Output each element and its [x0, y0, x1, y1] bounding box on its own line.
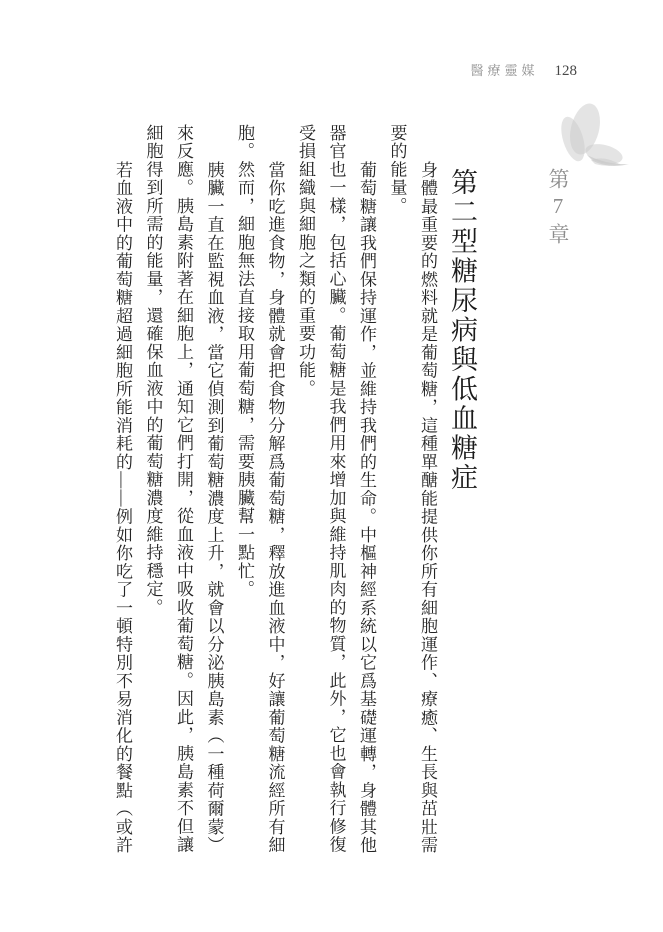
- chapter-number-label: 第7章: [543, 124, 573, 857]
- chapter-title: 第二型糖尿病與低血糖症: [442, 124, 482, 857]
- paragraph: 身體最重要的燃料就是葡萄糖，這種單醣能提供你所有細胞運作、療癒、生長與茁壯需要的…: [381, 124, 442, 857]
- book-page: 醫療靈媒 128 第7章 第二型糖尿病與低血糖症 身體最重要的燃料就是葡萄糖，這…: [0, 0, 663, 932]
- paragraph: 胰臟一直在監視血液，當它偵測到葡萄糖濃度上升，就會以分泌胰島素（一種荷爾蒙）來反…: [137, 124, 229, 857]
- page-number: 128: [555, 63, 578, 80]
- chapter-content: 第7章 第二型糖尿病與低血糖症 身體最重要的燃料就是葡萄糖，這種單醣能提供你所有…: [107, 124, 574, 857]
- paragraph: 葡萄糖讓我們保持運作，並維持我們的生命。中樞神經系統以它爲基礎運轉，身體其他器官…: [290, 124, 382, 857]
- body-text: 身體最重要的燃料就是葡萄糖，這種單醣能提供你所有細胞運作、療癒、生長與茁壯需要的…: [107, 124, 443, 857]
- running-head-book-title: 醫療靈媒: [470, 60, 538, 79]
- paragraph: 若血液中的葡萄糖超過細胞所能消耗的——例如你吃了一頓特別不易消化的餐點（或許: [107, 124, 138, 857]
- paragraph: 當你吃進食物，身體就會把食物分解爲葡萄糖，釋放進血液中，好讓葡萄糖流經所有細胞。…: [229, 124, 290, 857]
- running-head: 醫療靈媒 128: [470, 60, 577, 80]
